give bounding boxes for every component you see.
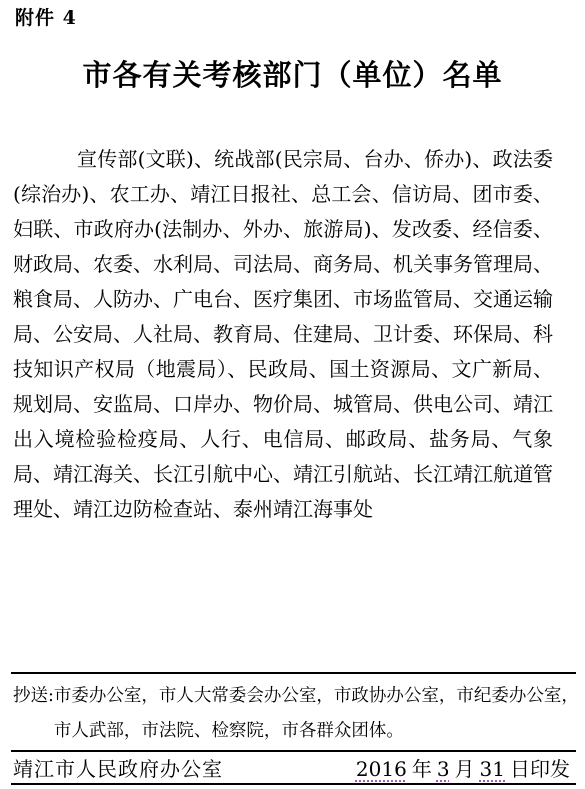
- divider-bottom: [11, 783, 576, 785]
- cc-line-1: 市委办公室，市人大常委会办公室，市政协办公室，市纪委办公室，: [54, 679, 579, 714]
- issuing-office: 靖江市人民政府办公室: [13, 753, 223, 782]
- print-date: 2016年3月31日印发: [355, 753, 574, 782]
- page-title: 市各有关考核部门（单位）名单: [0, 56, 585, 94]
- cc-label: 抄送:: [13, 679, 54, 714]
- print-date-suffix: 日印发: [510, 757, 570, 781]
- print-date-year-unit: 年: [412, 757, 432, 781]
- print-date-month: 3: [436, 757, 451, 781]
- document-page: 附件 4 市各有关考核部门（单位）名单 宣传部(文联)、统战部(民宗局、台办、侨…: [0, 0, 585, 789]
- print-date-month-unit: 月: [455, 757, 475, 781]
- print-date-day: 31: [479, 757, 506, 781]
- attachment-label: 附件 4: [15, 3, 77, 30]
- cc-row: 抄送: 市委办公室，市人大常委会办公室，市政协办公室，市纪委办公室， 市人武部，…: [11, 674, 576, 750]
- issuer-row: 靖江市人民政府办公室 2016年3月31日印发: [11, 752, 576, 783]
- department-list-paragraph: 宣传部(文联)、统战部(民宗局、台办、侨办)、政法委(综治办)、农工办、靖江日报…: [13, 142, 553, 527]
- cc-text: 市委办公室，市人大常委会办公室，市政协办公室，市纪委办公室， 市人武部，市法院、…: [54, 679, 579, 749]
- document-footer: 抄送: 市委办公室，市人大常委会办公室，市政协办公室，市纪委办公室， 市人武部，…: [11, 672, 576, 785]
- print-date-year: 2016: [355, 757, 408, 781]
- cc-line-2: 市人武部，市法院、检察院，市各群众团体。: [54, 714, 579, 749]
